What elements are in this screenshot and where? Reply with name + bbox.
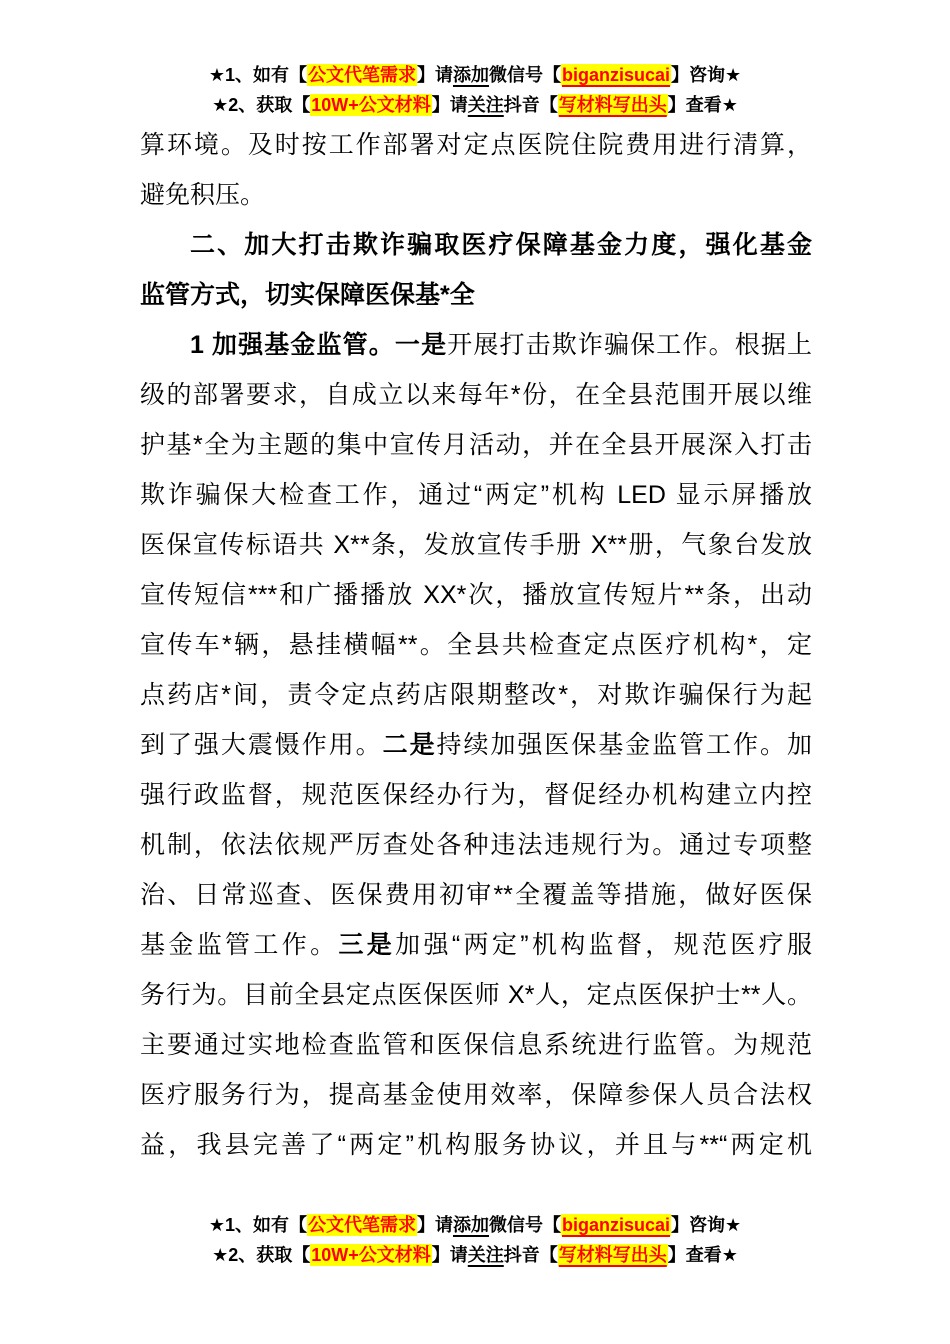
text-segment: 到了强大震慑作用。 — [140, 731, 383, 759]
text-segment: ★1、如有【 — [209, 1215, 307, 1235]
text-segment: 关注 — [468, 95, 504, 115]
text-segment: 点药店*间，责令定点药店限期整改*，对欺诈骗保行为起 — [140, 681, 812, 709]
text-segment: 益，我县完善了“两定”机构服务协议，并且与**“两定机 — [140, 1131, 812, 1159]
text-segment: 护基*全为主题的集中宣传月活动，并在全县开展深入打击 — [140, 431, 812, 459]
text-segment: ★2、获取【 — [212, 1245, 310, 1265]
text-segment: 】咨询★ — [671, 65, 741, 85]
text-segment: 级的部署要求，自成立以来每年*份，在全县范围开展以维 — [140, 381, 812, 409]
highlighted-text: 公文代笔需求 — [307, 1214, 417, 1236]
body-text-line: 1 加强基金监管。一是开展打击欺诈骗保工作。根据上 — [140, 320, 812, 370]
text-segment: 】咨询★ — [671, 1215, 741, 1235]
text-segment: 强行政监督，规范医保经办行为，督促经办机构建立内控 — [140, 781, 812, 809]
text-segment: 宣传车*辆，悬挂横幅**。全县共检查定点医疗机构*，定 — [140, 631, 812, 659]
body-text-line: 基金监管工作。三是加强“两定”机构监督，规范医疗服 — [140, 920, 812, 970]
text-segment: 】查看★ — [668, 1245, 738, 1265]
body-text-line: 点药店*间，责令定点药店限期整改*，对欺诈骗保行为起 — [140, 670, 812, 720]
text-segment: 添加 — [453, 65, 489, 85]
body-text-line: 强行政监督，规范医保经办行为，督促经办机构建立内控 — [140, 770, 812, 820]
text-segment: 欺诈骗保大检查工作，通过“两定”机构 LED 显示屏播放 — [140, 481, 812, 509]
body-text-line: 益，我县完善了“两定”机构服务协议，并且与**“两定机 — [140, 1120, 812, 1170]
header-ad: ★1、如有【公文代笔需求】请添加微信号【biganzisucai】咨询★★2、获… — [0, 60, 950, 120]
text-segment: 抖音【 — [504, 95, 558, 115]
highlighted-text: 公文代笔需求 — [307, 64, 417, 86]
text-segment: 】请 — [417, 1215, 453, 1235]
text-segment: 】请 — [417, 65, 453, 85]
text-segment: ★2、获取【 — [212, 95, 310, 115]
text-segment: 微信号【 — [489, 65, 561, 85]
body-text-line: 监管方式，切实保障医保基*全 — [140, 270, 812, 320]
text-segment: 三是 — [338, 931, 395, 959]
body-text-line: 欺诈骗保大检查工作，通过“两定”机构 LED 显示屏播放 — [140, 470, 812, 520]
text-segment: 持续加强医保基金监管工作。加 — [437, 731, 812, 759]
header-ad-line: ★2、获取【10W+公文材料】请关注抖音【写材料写出头】查看★ — [0, 90, 950, 120]
text-segment: 添加 — [453, 1215, 489, 1235]
footer-ad-line: ★1、如有【公文代笔需求】请添加微信号【biganzisucai】咨询★ — [0, 1210, 950, 1240]
body-text-line: 到了强大震慑作用。二是持续加强医保基金监管工作。加 — [140, 720, 812, 770]
body-text-line: 宣传短信***和广播播放 XX*次，播放宣传短片**条，出动 — [140, 570, 812, 620]
text-segment: 避免积压。 — [140, 181, 265, 209]
header-ad-line: ★1、如有【公文代笔需求】请添加微信号【biganzisucai】咨询★ — [0, 60, 950, 90]
text-segment: 1 加强基金监管。一是 — [190, 331, 447, 359]
text-segment: 二是 — [383, 731, 437, 759]
document-body: 算环境。及时按工作部署对定点医院住院费用进行清算，避免积压。二、加大打击欺诈骗取… — [140, 120, 812, 1170]
text-segment: 抖音【 — [504, 1245, 558, 1265]
text-segment: 务行为。目前全县定点医保医师 X*人，定点医保护士**人。 — [140, 981, 812, 1009]
highlighted-text: 10W+公文材料 — [310, 94, 432, 116]
text-segment: 】请 — [432, 95, 468, 115]
text-segment: 】请 — [432, 1245, 468, 1265]
text-segment: 基金监管工作。 — [140, 931, 338, 959]
body-text-line: 二、加大打击欺诈骗取医疗保障基金力度，强化基金 — [140, 220, 812, 270]
text-segment: 宣传短信***和广播播放 XX*次，播放宣传短片**条，出动 — [140, 581, 812, 609]
body-text-line: 机制，依法依规严厉查处各种违法违规行为。通过专项整 — [140, 820, 812, 870]
text-segment: 加强“两定”机构监督，规范医疗服 — [395, 931, 812, 959]
text-segment: 主要通过实地检查监管和医保信息系统进行监管。为规范 — [140, 1031, 812, 1059]
highlighted-text: biganzisucai — [561, 64, 671, 86]
body-text-line: 级的部署要求，自成立以来每年*份，在全县范围开展以维 — [140, 370, 812, 420]
text-segment: 微信号【 — [489, 1215, 561, 1235]
highlighted-text: 10W+公文材料 — [310, 1244, 432, 1266]
body-text-line: 宣传车*辆，悬挂横幅**。全县共检查定点医疗机构*，定 — [140, 620, 812, 670]
highlighted-text: 写材料写出头 — [558, 94, 668, 116]
text-segment: ★1、如有【 — [209, 65, 307, 85]
body-text-line: 治、日常巡查、医保费用初审**全覆盖等措施，做好医保 — [140, 870, 812, 920]
text-segment: 治、日常巡查、医保费用初审**全覆盖等措施，做好医保 — [140, 881, 812, 909]
footer-ad-line: ★2、获取【10W+公文材料】请关注抖音【写材料写出头】查看★ — [0, 1240, 950, 1270]
footer-ad: ★1、如有【公文代笔需求】请添加微信号【biganzisucai】咨询★★2、获… — [0, 1210, 950, 1270]
highlighted-text: biganzisucai — [561, 1214, 671, 1236]
text-segment: 机制，依法依规严厉查处各种违法违规行为。通过专项整 — [140, 831, 812, 859]
body-text-line: 医保宣传标语共 X**条，发放宣传手册 X**册，气象台发放 — [140, 520, 812, 570]
text-segment: 医疗服务行为，提高基金使用效率，保障参保人员合法权 — [140, 1081, 812, 1109]
text-segment: 】查看★ — [668, 95, 738, 115]
body-text-line: 护基*全为主题的集中宣传月活动，并在全县开展深入打击 — [140, 420, 812, 470]
document-page: ★1、如有【公文代笔需求】请添加微信号【biganzisucai】咨询★★2、获… — [0, 0, 950, 1344]
body-text-line: 主要通过实地检查监管和医保信息系统进行监管。为规范 — [140, 1020, 812, 1070]
body-text-line: 医疗服务行为，提高基金使用效率，保障参保人员合法权 — [140, 1070, 812, 1120]
highlighted-text: 写材料写出头 — [558, 1244, 668, 1266]
text-segment: 关注 — [468, 1245, 504, 1265]
text-segment: 开展打击欺诈骗保工作。根据上 — [447, 331, 812, 359]
body-text-line: 避免积压。 — [140, 170, 812, 220]
text-segment: 医保宣传标语共 X**条，发放宣传手册 X**册，气象台发放 — [140, 531, 812, 559]
text-segment: 监管方式，切实保障医保基*全 — [140, 281, 475, 309]
body-text-line: 务行为。目前全县定点医保医师 X*人，定点医保护士**人。 — [140, 970, 812, 1020]
body-text-line: 算环境。及时按工作部署对定点医院住院费用进行清算， — [140, 120, 812, 170]
text-segment: 算环境。及时按工作部署对定点医院住院费用进行清算， — [140, 131, 812, 159]
text-segment: 二、加大打击欺诈骗取医疗保障基金力度，强化基金 — [190, 231, 812, 259]
